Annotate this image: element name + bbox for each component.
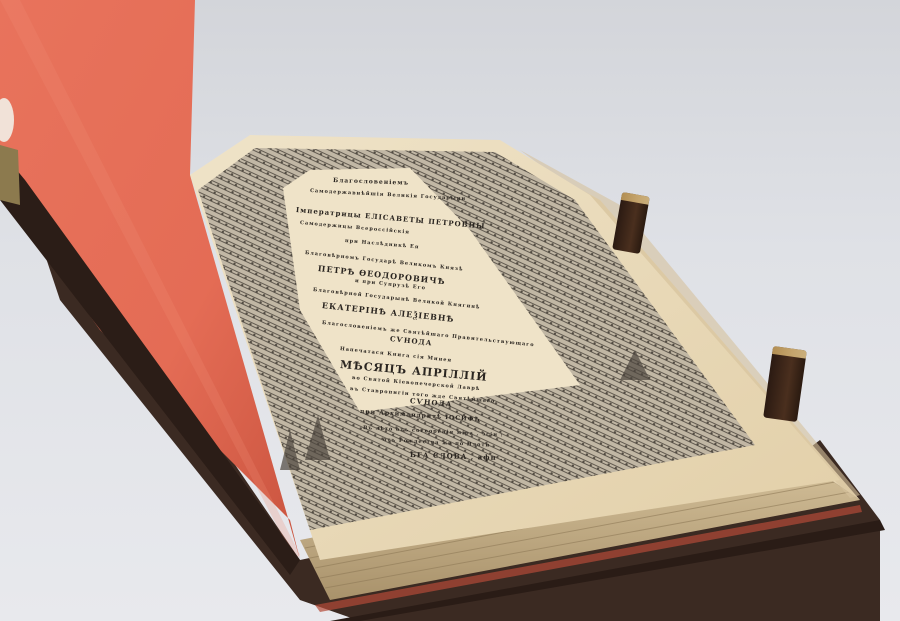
- photo-scene: Благословеніемъ Самодержавнѣйшія Великія…: [0, 0, 900, 621]
- book-illustration: [0, 0, 900, 621]
- brass-corner: [0, 145, 20, 205]
